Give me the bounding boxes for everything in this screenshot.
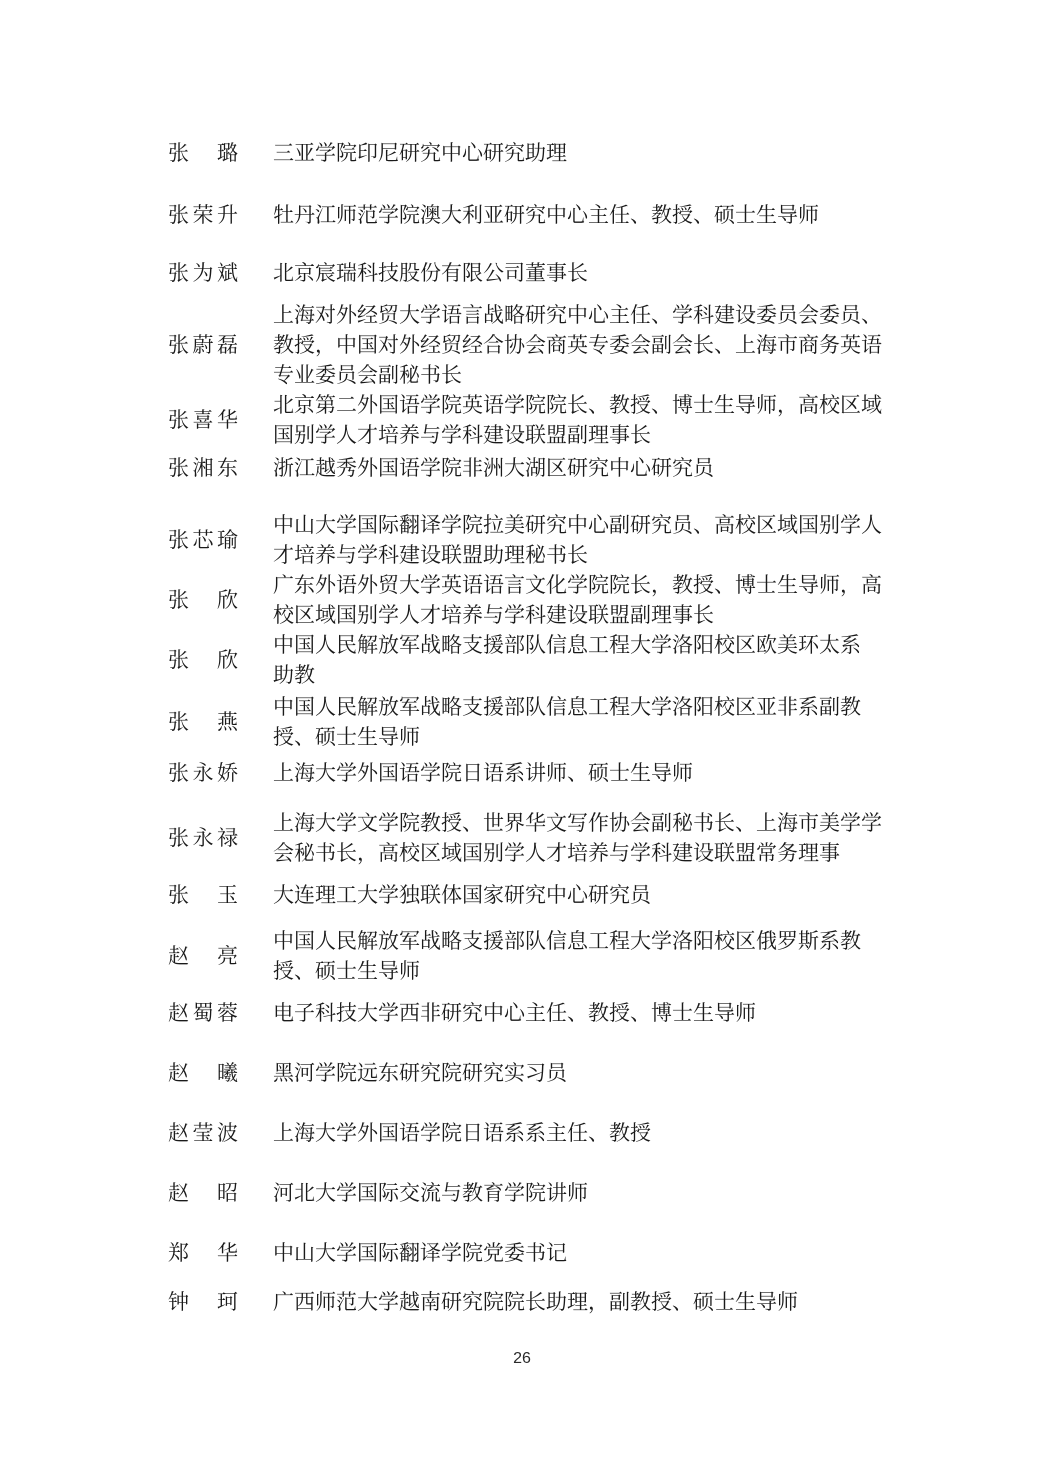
person-name: 赵莹波 <box>168 1118 238 1148</box>
person-name: 赵曦 <box>168 1058 238 1088</box>
list-item: 张芯瑜 中山大学国际翻译学院拉美研究中心副研究员、高校区域国别学人 才培养与学科… <box>168 510 933 570</box>
person-affiliation: 大连理工大学独联体国家研究中心研究员 <box>273 880 933 910</box>
person-name: 张永禄 <box>168 823 238 853</box>
person-affiliation: 中国人民解放军战略支援部队信息工程大学洛阳校区欧美环太系 助教 <box>273 630 933 690</box>
person-name: 张欣 <box>168 645 238 675</box>
list-item: 张欣 中国人民解放军战略支援部队信息工程大学洛阳校区欧美环太系 助教 <box>168 630 933 690</box>
person-name: 张欣 <box>168 585 238 615</box>
person-affiliation: 上海大学外国语学院日语系系主任、教授 <box>273 1118 933 1148</box>
person-affiliation: 上海对外经贸大学语言战略研究中心主任、学科建设委员会委员、 教授，中国对外经贸经… <box>273 300 933 390</box>
person-name: 郑华 <box>168 1238 238 1268</box>
person-affiliation: 中国人民解放军战略支援部队信息工程大学洛阳校区俄罗斯系教 授、硕士生导师 <box>273 926 933 986</box>
person-affiliation: 北京第二外国语学院英语学院院长、教授、博士生导师，高校区域 国别学人才培养与学科… <box>273 390 933 450</box>
person-affiliation: 广东外语外贸大学英语语言文化学院院长，教授、博士生导师，高 校区域国别学人才培养… <box>273 570 933 630</box>
person-name: 赵昭 <box>168 1178 238 1208</box>
person-affiliation: 中山大学国际翻译学院拉美研究中心副研究员、高校区域国别学人 才培养与学科建设联盟… <box>273 510 933 570</box>
list-item: 张荣升 牡丹江师范学院澳大利亚研究中心主任、教授、硕士生导师 <box>168 200 933 230</box>
person-affiliation: 中山大学国际翻译学院党委书记 <box>273 1238 933 1268</box>
person-name: 钟珂 <box>168 1287 238 1317</box>
person-affiliation: 北京宸瑞科技股份有限公司董事长 <box>273 258 933 288</box>
person-affiliation: 河北大学国际交流与教育学院讲师 <box>273 1178 933 1208</box>
person-affiliation: 中国人民解放军战略支援部队信息工程大学洛阳校区亚非系副教 授、硕士生导师 <box>273 692 933 752</box>
document-page: 张璐 三亚学院印尼研究中心研究助理 张荣升 牡丹江师范学院澳大利亚研究中心主任、… <box>0 0 1044 1478</box>
person-name: 张蔚磊 <box>168 330 238 360</box>
person-name: 张芯瑜 <box>168 525 238 555</box>
person-affiliation: 上海大学文学院教授、世界华文写作协会副秘书长、上海市美学学 会秘书长，高校区域国… <box>273 808 933 868</box>
list-item: 张玉 大连理工大学独联体国家研究中心研究员 <box>168 880 933 910</box>
list-item: 张欣 广东外语外贸大学英语语言文化学院院长，教授、博士生导师，高 校区域国别学人… <box>168 570 933 630</box>
person-affiliation: 广西师范大学越南研究院院长助理，副教授、硕士生导师 <box>273 1287 933 1317</box>
list-item: 张永娇 上海大学外国语学院日语系讲师、硕士生导师 <box>168 758 933 788</box>
list-item: 张蔚磊 上海对外经贸大学语言战略研究中心主任、学科建设委员会委员、 教授，中国对… <box>168 300 933 390</box>
person-affiliation: 电子科技大学西非研究中心主任、教授、博士生导师 <box>273 998 933 1028</box>
list-item: 张燕 中国人民解放军战略支援部队信息工程大学洛阳校区亚非系副教 授、硕士生导师 <box>168 692 933 752</box>
list-item: 钟珂 广西师范大学越南研究院院长助理，副教授、硕士生导师 <box>168 1287 933 1317</box>
list-item: 张璐 三亚学院印尼研究中心研究助理 <box>168 138 933 168</box>
person-name: 张喜华 <box>168 405 238 435</box>
person-name: 张燕 <box>168 707 238 737</box>
list-item: 赵亮 中国人民解放军战略支援部队信息工程大学洛阳校区俄罗斯系教 授、硕士生导师 <box>168 926 933 986</box>
list-item: 郑华 中山大学国际翻译学院党委书记 <box>168 1238 933 1268</box>
person-affiliation: 牡丹江师范学院澳大利亚研究中心主任、教授、硕士生导师 <box>273 200 933 230</box>
person-affiliation: 黑河学院远东研究院研究实习员 <box>273 1058 933 1088</box>
person-name: 张湘东 <box>168 453 238 483</box>
person-name: 赵蜀蓉 <box>168 998 238 1028</box>
list-item: 赵昭 河北大学国际交流与教育学院讲师 <box>168 1178 933 1208</box>
person-name: 赵亮 <box>168 941 238 971</box>
person-name: 张璐 <box>168 138 238 168</box>
list-item: 赵莹波 上海大学外国语学院日语系系主任、教授 <box>168 1118 933 1148</box>
person-affiliation: 三亚学院印尼研究中心研究助理 <box>273 138 933 168</box>
page-number: 26 <box>0 1350 1044 1368</box>
person-name: 张玉 <box>168 880 238 910</box>
person-name: 张永娇 <box>168 758 238 788</box>
list-item: 张湘东 浙江越秀外国语学院非洲大湖区研究中心研究员 <box>168 453 933 483</box>
list-item: 赵蜀蓉 电子科技大学西非研究中心主任、教授、博士生导师 <box>168 998 933 1028</box>
person-affiliation: 浙江越秀外国语学院非洲大湖区研究中心研究员 <box>273 453 933 483</box>
list-item: 赵曦 黑河学院远东研究院研究实习员 <box>168 1058 933 1088</box>
person-affiliation: 上海大学外国语学院日语系讲师、硕士生导师 <box>273 758 933 788</box>
person-name: 张为斌 <box>168 258 238 288</box>
list-item: 张为斌 北京宸瑞科技股份有限公司董事长 <box>168 258 933 288</box>
list-item: 张永禄 上海大学文学院教授、世界华文写作协会副秘书长、上海市美学学 会秘书长，高… <box>168 808 933 868</box>
person-name: 张荣升 <box>168 200 238 230</box>
list-item: 张喜华 北京第二外国语学院英语学院院长、教授、博士生导师，高校区域 国别学人才培… <box>168 390 933 450</box>
